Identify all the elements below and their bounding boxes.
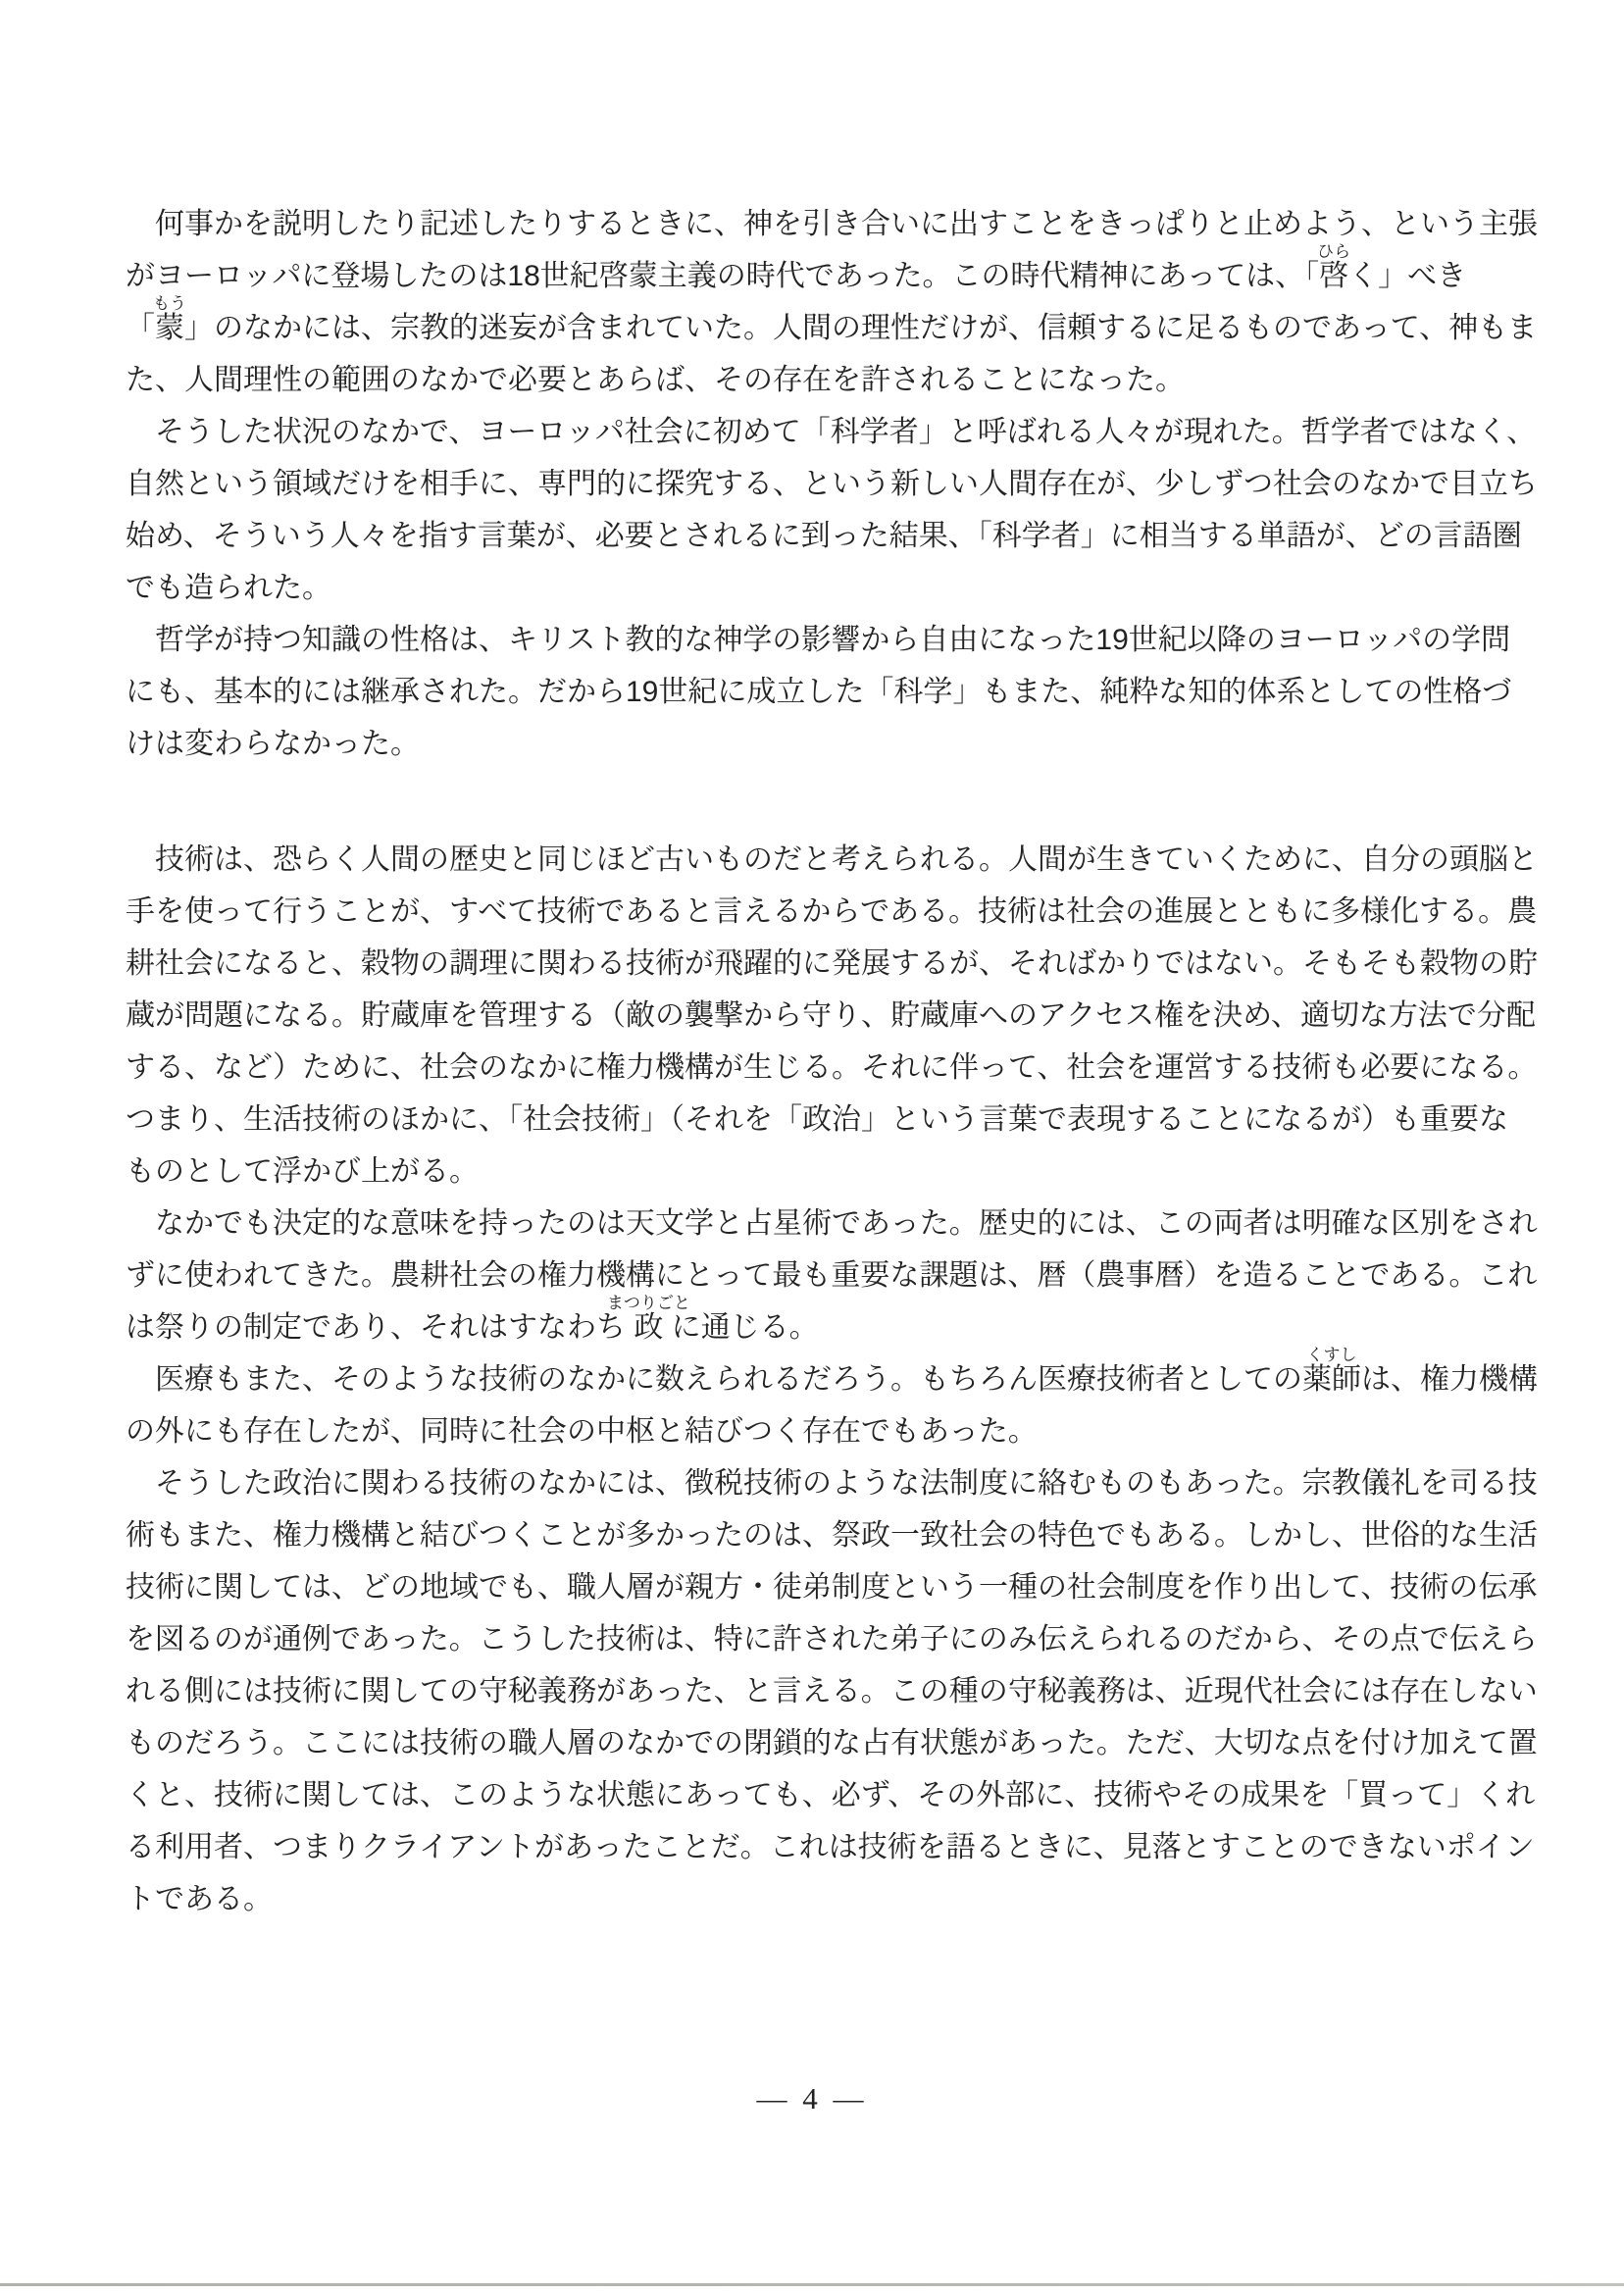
ruby-base-text: 薬師 bbox=[1302, 1363, 1361, 1396]
scanned-document-page: 何事かを説明したり記述したりするときに、神を引き合いに出すことをきっぱりと止めよ… bbox=[0, 0, 1624, 2294]
paragraph: そうした政治に関わる技術のなかには、徴税技術のような法制度に絡むものもあった。宗… bbox=[126, 1457, 1518, 1925]
text-line: 手を使って行うことが、すべて技術であると言えるからである。技術は社会の進展ととも… bbox=[126, 886, 1518, 938]
text-line: れる側には技術に関しての守秘義務があった、と言える。この種の守秘義務は、近現代社… bbox=[126, 1665, 1518, 1717]
text-line: を図るのが通例であった。こうした技術は、特に許された弟子にのみ伝えられるのだから… bbox=[126, 1613, 1518, 1665]
text-line: る利用者、つまりクライアントがあったことだ。これは技術を語るときに、見落とすこと… bbox=[126, 1821, 1518, 1873]
text-line: ずに使われてきた。農耕社会の権力機構にとって最も重要な課題は、暦（農事暦）を造る… bbox=[126, 1249, 1518, 1301]
text-section: 何事かを説明したり記述したりするときに、神を引き合いに出すことをきっぱりと止めよ… bbox=[126, 198, 1518, 770]
text-line: くと、技術に関しては、このような状態にあっても、必ず、その外部に、技術やその成果… bbox=[126, 1769, 1518, 1821]
text-line: する、など）ために、社会のなかに権力機構が生じる。それに伴って、社会を運営する技… bbox=[126, 1042, 1518, 1094]
text-line: 何事かを説明したり記述したりするときに、神を引き合いに出すことをきっぱりと止めよ… bbox=[126, 198, 1518, 250]
page-number: ― 4 ― bbox=[0, 2081, 1624, 2116]
text-line: 「もう蒙」のなかには、宗教的迷妄が含まれていた。人間の理性だけが、信頼するに足る… bbox=[126, 302, 1518, 354]
ruby-annotated-text: ひら啓 bbox=[1319, 250, 1348, 302]
text-line: 技術に関しては、どの地域でも、職人層が親方・徒弟制度という一種の社会制度を作り出… bbox=[126, 1561, 1518, 1613]
paragraph: 何事かを説明したり記述したりするときに、神を引き合いに出すことをきっぱりと止めよ… bbox=[126, 198, 1518, 406]
ruby-base-text: 政 bbox=[634, 1311, 663, 1344]
text-line: 始め、そういう人々を指す言葉が、必要とされるに到った結果、「科学者」に相当する単… bbox=[126, 510, 1518, 562]
text-line: でも造られた。 bbox=[126, 562, 1518, 614]
text-line: けは変わらなかった。 bbox=[126, 718, 1518, 770]
text-line: 医療もまた、そのような技術のなかに数えられるだろう。もちろん医療技術者としてのく… bbox=[126, 1353, 1518, 1405]
text-line: た、人間理性の範囲のなかで必要とあらば、その存在を許されることになった。 bbox=[126, 354, 1518, 406]
ruby-base-text: 啓 bbox=[1319, 260, 1348, 292]
text-line: ものだろう。ここには技術の職人層のなかでの閉鎖的な占有状態があった。ただ、大切な… bbox=[126, 1717, 1518, 1769]
furigana: くすし bbox=[1307, 1347, 1357, 1363]
text-line: 哲学が持つ知識の性格は、キリスト教的な神学の影響から自由になった19世紀以降のヨ… bbox=[126, 614, 1518, 666]
document-body: 何事かを説明したり記述したりするときに、神を引き合いに出すことをきっぱりと止めよ… bbox=[126, 198, 1518, 1925]
furigana: ひら bbox=[1317, 243, 1350, 260]
ruby-annotated-text: もう蒙 bbox=[155, 302, 184, 354]
ruby-annotated-text: まつりごと政 bbox=[634, 1301, 663, 1353]
ruby-annotated-text: くすし薬師 bbox=[1302, 1353, 1361, 1405]
paragraph: そうした状況のなかで、ヨーロッパ社会に初めて「科学者」と呼ばれる人々が現れた。哲… bbox=[126, 406, 1518, 614]
text-line: 耕社会になると、穀物の調理に関わる技術が飛躍的に発展するが、そればかりではない。… bbox=[126, 938, 1518, 990]
ruby-base-text: 蒙 bbox=[155, 312, 184, 344]
text-line: つまり、生活技術のほかに、「社会技術」（それを「政治」という言葉で表現することに… bbox=[126, 1094, 1518, 1146]
paragraph: 技術は、恐らく人間の歴史と同じほど古いものだと考えられる。人間が生きていくために… bbox=[126, 834, 1518, 1198]
text-line: そうした状況のなかで、ヨーロッパ社会に初めて「科学者」と呼ばれる人々が現れた。哲… bbox=[126, 406, 1518, 458]
text-line: トである。 bbox=[126, 1873, 1518, 1925]
text-line: 術もまた、権力機構と結びつくことが多かったのは、祭政一致社会の特色でもある。しか… bbox=[126, 1509, 1518, 1561]
text-line: 技術は、恐らく人間の歴史と同じほど古いものだと考えられる。人間が生きていくために… bbox=[126, 834, 1518, 886]
furigana: もう bbox=[153, 295, 186, 312]
text-line: ものとして浮かび上がる。 bbox=[126, 1146, 1518, 1198]
paragraph: なかでも決定的な意味を持ったのは天文学と占星術であった。歴史的には、この両者は明… bbox=[126, 1198, 1518, 1353]
text-line: の外にも存在したが、同時に社会の中枢と結びつく存在でもあった。 bbox=[126, 1405, 1518, 1457]
scan-edge-artifact bbox=[0, 2283, 1624, 2286]
paragraph: 医療もまた、そのような技術のなかに数えられるだろう。もちろん医療技術者としてのく… bbox=[126, 1353, 1518, 1457]
text-line: そうした政治に関わる技術のなかには、徴税技術のような法制度に絡むものもあった。宗… bbox=[126, 1457, 1518, 1509]
text-line: がヨーロッパに登場したのは18世紀啓蒙主義の時代であった。この時代精神にあっては… bbox=[126, 250, 1518, 302]
text-line: 自然という領域だけを相手に、専門的に探究する、という新しい人間存在が、少しずつ社… bbox=[126, 458, 1518, 510]
text-line: にも、基本的には継承された。だから19世紀に成立した「科学」もまた、純粋な知的体… bbox=[126, 666, 1518, 718]
text-line: 蔵が問題になる。貯蔵庫を管理する（敵の襲撃から守り、貯蔵庫へのアクセス権を決め、… bbox=[126, 990, 1518, 1042]
text-line: なかでも決定的な意味を持ったのは天文学と占星術であった。歴史的には、この両者は明… bbox=[126, 1198, 1518, 1249]
text-section: 技術は、恐らく人間の歴史と同じほど古いものだと考えられる。人間が生きていくために… bbox=[126, 834, 1518, 1925]
paragraph: 哲学が持つ知識の性格は、キリスト教的な神学の影響から自由になった19世紀以降のヨ… bbox=[126, 614, 1518, 770]
furigana: まつりごと bbox=[607, 1295, 690, 1311]
